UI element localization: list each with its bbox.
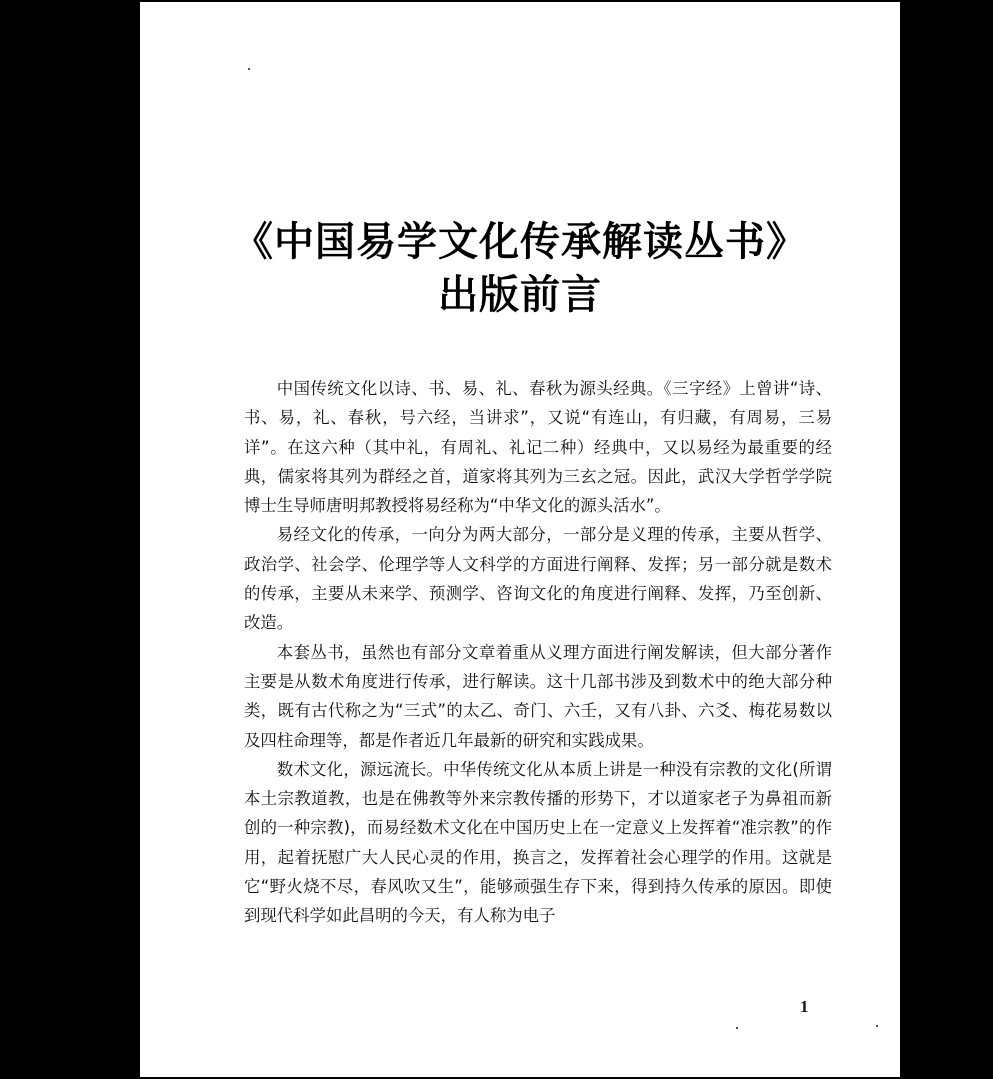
- paragraph: 数术文化，源远流长。中华传统文化从本质上讲是一种没有宗教的文化(所谓本土宗教道教…: [244, 755, 832, 931]
- preface-body: 中国传统文化以诗、书、易、礼、春秋为源头经典。《三字经》上曾讲“诗、书、易，礼、…: [244, 374, 832, 931]
- scan-speck: [736, 1027, 738, 1029]
- scan-speck: [248, 68, 250, 70]
- document-page: 《中国易学文化传承解读丛书》 出版前言 中国传统文化以诗、书、易、礼、春秋为源头…: [140, 2, 900, 1077]
- scan-speck: [876, 1025, 878, 1027]
- paragraph: 易经文化的传承，一向分为两大部分，一部分是义理的传承，主要从哲学、政治学、社会学…: [244, 520, 832, 637]
- page-number: 1: [800, 997, 809, 1017]
- preface-heading: 出版前言: [140, 270, 900, 320]
- paragraph: 本套丛书，虽然也有部分文章着重从义理方面进行阐发解读，但大部分著作主要是从数术角…: [244, 638, 832, 755]
- book-series-title: 《中国易学文化传承解读丛书》: [140, 217, 900, 267]
- paragraph: 中国传统文化以诗、书、易、礼、春秋为源头经典。《三字经》上曾讲“诗、书、易，礼、…: [244, 374, 832, 520]
